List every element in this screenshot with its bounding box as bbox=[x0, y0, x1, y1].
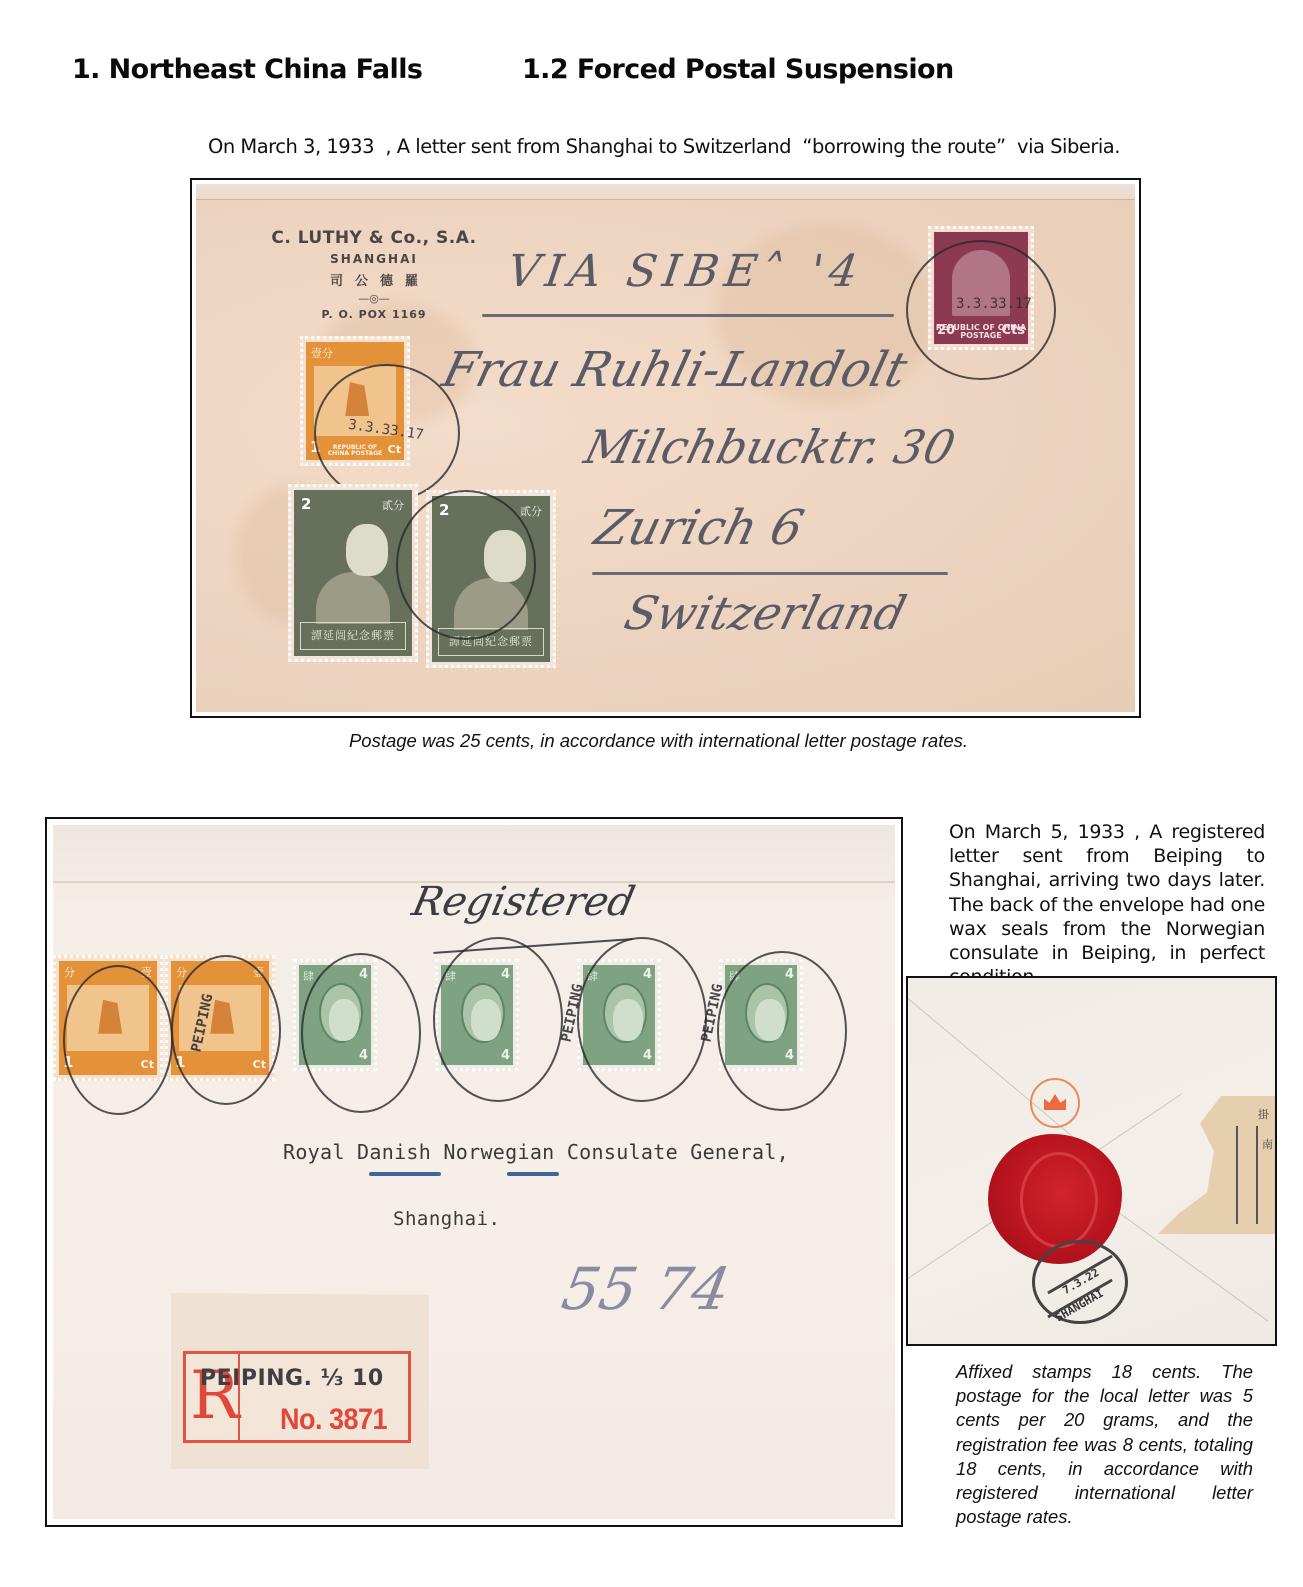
receiving-postmark: 7.3.22 SHANGHAI bbox=[1032, 1240, 1128, 1324]
pencil-number: 55 74 bbox=[557, 1255, 735, 1323]
section-title: 1.2 Forced Postal Suspension bbox=[522, 54, 954, 85]
postmark-circle bbox=[396, 490, 536, 640]
registration-number: No. 3871 bbox=[280, 1402, 387, 1436]
stamp-chinese-value: 壹分 bbox=[311, 345, 399, 361]
address-line-1: Frau Ruhli-Landolt bbox=[437, 342, 913, 398]
envelope-flap bbox=[196, 184, 1135, 200]
postmark-circle bbox=[63, 965, 173, 1115]
cover1-image: C. LUTHY & Co., S.A. SHANGHAI 司公德羅 —◎— P… bbox=[190, 178, 1141, 718]
registration-label: R PEIPING. ⅓ 10 No. 3871 bbox=[171, 1293, 429, 1469]
letterhead-city: SHANGHAI bbox=[254, 252, 494, 266]
postmark-circle bbox=[433, 937, 563, 1102]
chapter-title: 1. Northeast China Falls bbox=[72, 54, 422, 85]
blue-underline bbox=[369, 1172, 441, 1176]
address-strike-line bbox=[592, 572, 948, 575]
crown-icon bbox=[1044, 1094, 1066, 1110]
letterhead-company: C. LUTHY & Co., S.A. bbox=[254, 228, 494, 248]
stamp-chinese-value: 貳分 bbox=[382, 497, 404, 513]
stamp-chinese-value: 貳分 bbox=[520, 503, 542, 519]
torn-label: 掛 南 bbox=[1158, 1096, 1275, 1234]
postmark-circle bbox=[171, 955, 281, 1105]
cover2-description: On March 5, 1933 , A registered letter s… bbox=[949, 820, 1265, 983]
postmark-circle bbox=[717, 951, 847, 1111]
cover2-envelope: Registered 分壹 1 Ct 分壹 1 Ct 肆 4 4 肆 4 4 bbox=[53, 825, 895, 1519]
cover1-envelope: C. LUTHY & Co., S.A. SHANGHAI 司公德羅 —◎— P… bbox=[196, 184, 1135, 712]
cover1-caption: On March 3, 1933 , A letter sent from Sh… bbox=[208, 135, 1120, 158]
stamp-value: 2 bbox=[301, 495, 311, 513]
cover2-front-image: Registered 分壹 1 Ct 分壹 1 Ct 肆 4 4 肆 4 4 bbox=[45, 817, 903, 1527]
address-line-4: Switzerland bbox=[619, 586, 911, 640]
receiving-city: SHANGHAI bbox=[1053, 1287, 1105, 1325]
letterhead: C. LUTHY & Co., S.A. SHANGHAI 司公德羅 —◎— P… bbox=[254, 228, 494, 321]
blue-underline bbox=[507, 1172, 559, 1176]
stamp-inscription: 譚延闿紀念郵票 bbox=[300, 622, 406, 650]
letterhead-po-box: P. O. POX 1169 bbox=[254, 308, 494, 321]
address-line-2: Milchbucktr. 30 bbox=[579, 420, 960, 474]
destination-city: Shanghai. bbox=[393, 1208, 500, 1230]
cover1-postage-note: Postage was 25 cents, in accordance with… bbox=[0, 730, 1303, 752]
portrait-icon bbox=[312, 516, 394, 624]
postmark-circle bbox=[577, 937, 707, 1102]
route-note: VIA SIBE˄ '4 bbox=[504, 246, 866, 297]
postmark-date: 3.3.33.17 bbox=[956, 296, 1032, 312]
letterhead-ornament-icon: —◎— bbox=[254, 292, 494, 305]
postmark-circle bbox=[301, 953, 421, 1113]
legation-crest-icon bbox=[1030, 1078, 1080, 1128]
addressee: Royal Danish Norwegian Consulate General… bbox=[283, 1140, 789, 1164]
registered-note: Registered bbox=[408, 879, 639, 925]
registration-office: PEIPING. ⅓ 10 bbox=[200, 1366, 384, 1391]
address-line-3: Zurich 6 bbox=[589, 500, 809, 556]
letterhead-chinese-name: 司公德羅 bbox=[254, 270, 494, 289]
cover2-rate-note: Affixed stamps 18 cents. The postage for… bbox=[956, 1360, 1253, 1529]
cover2-back-image: 7.3.22 SHANGHAI 掛 南 bbox=[906, 976, 1277, 1346]
route-underline bbox=[482, 314, 894, 317]
cover2-back-envelope: 7.3.22 SHANGHAI 掛 南 bbox=[908, 978, 1275, 1344]
